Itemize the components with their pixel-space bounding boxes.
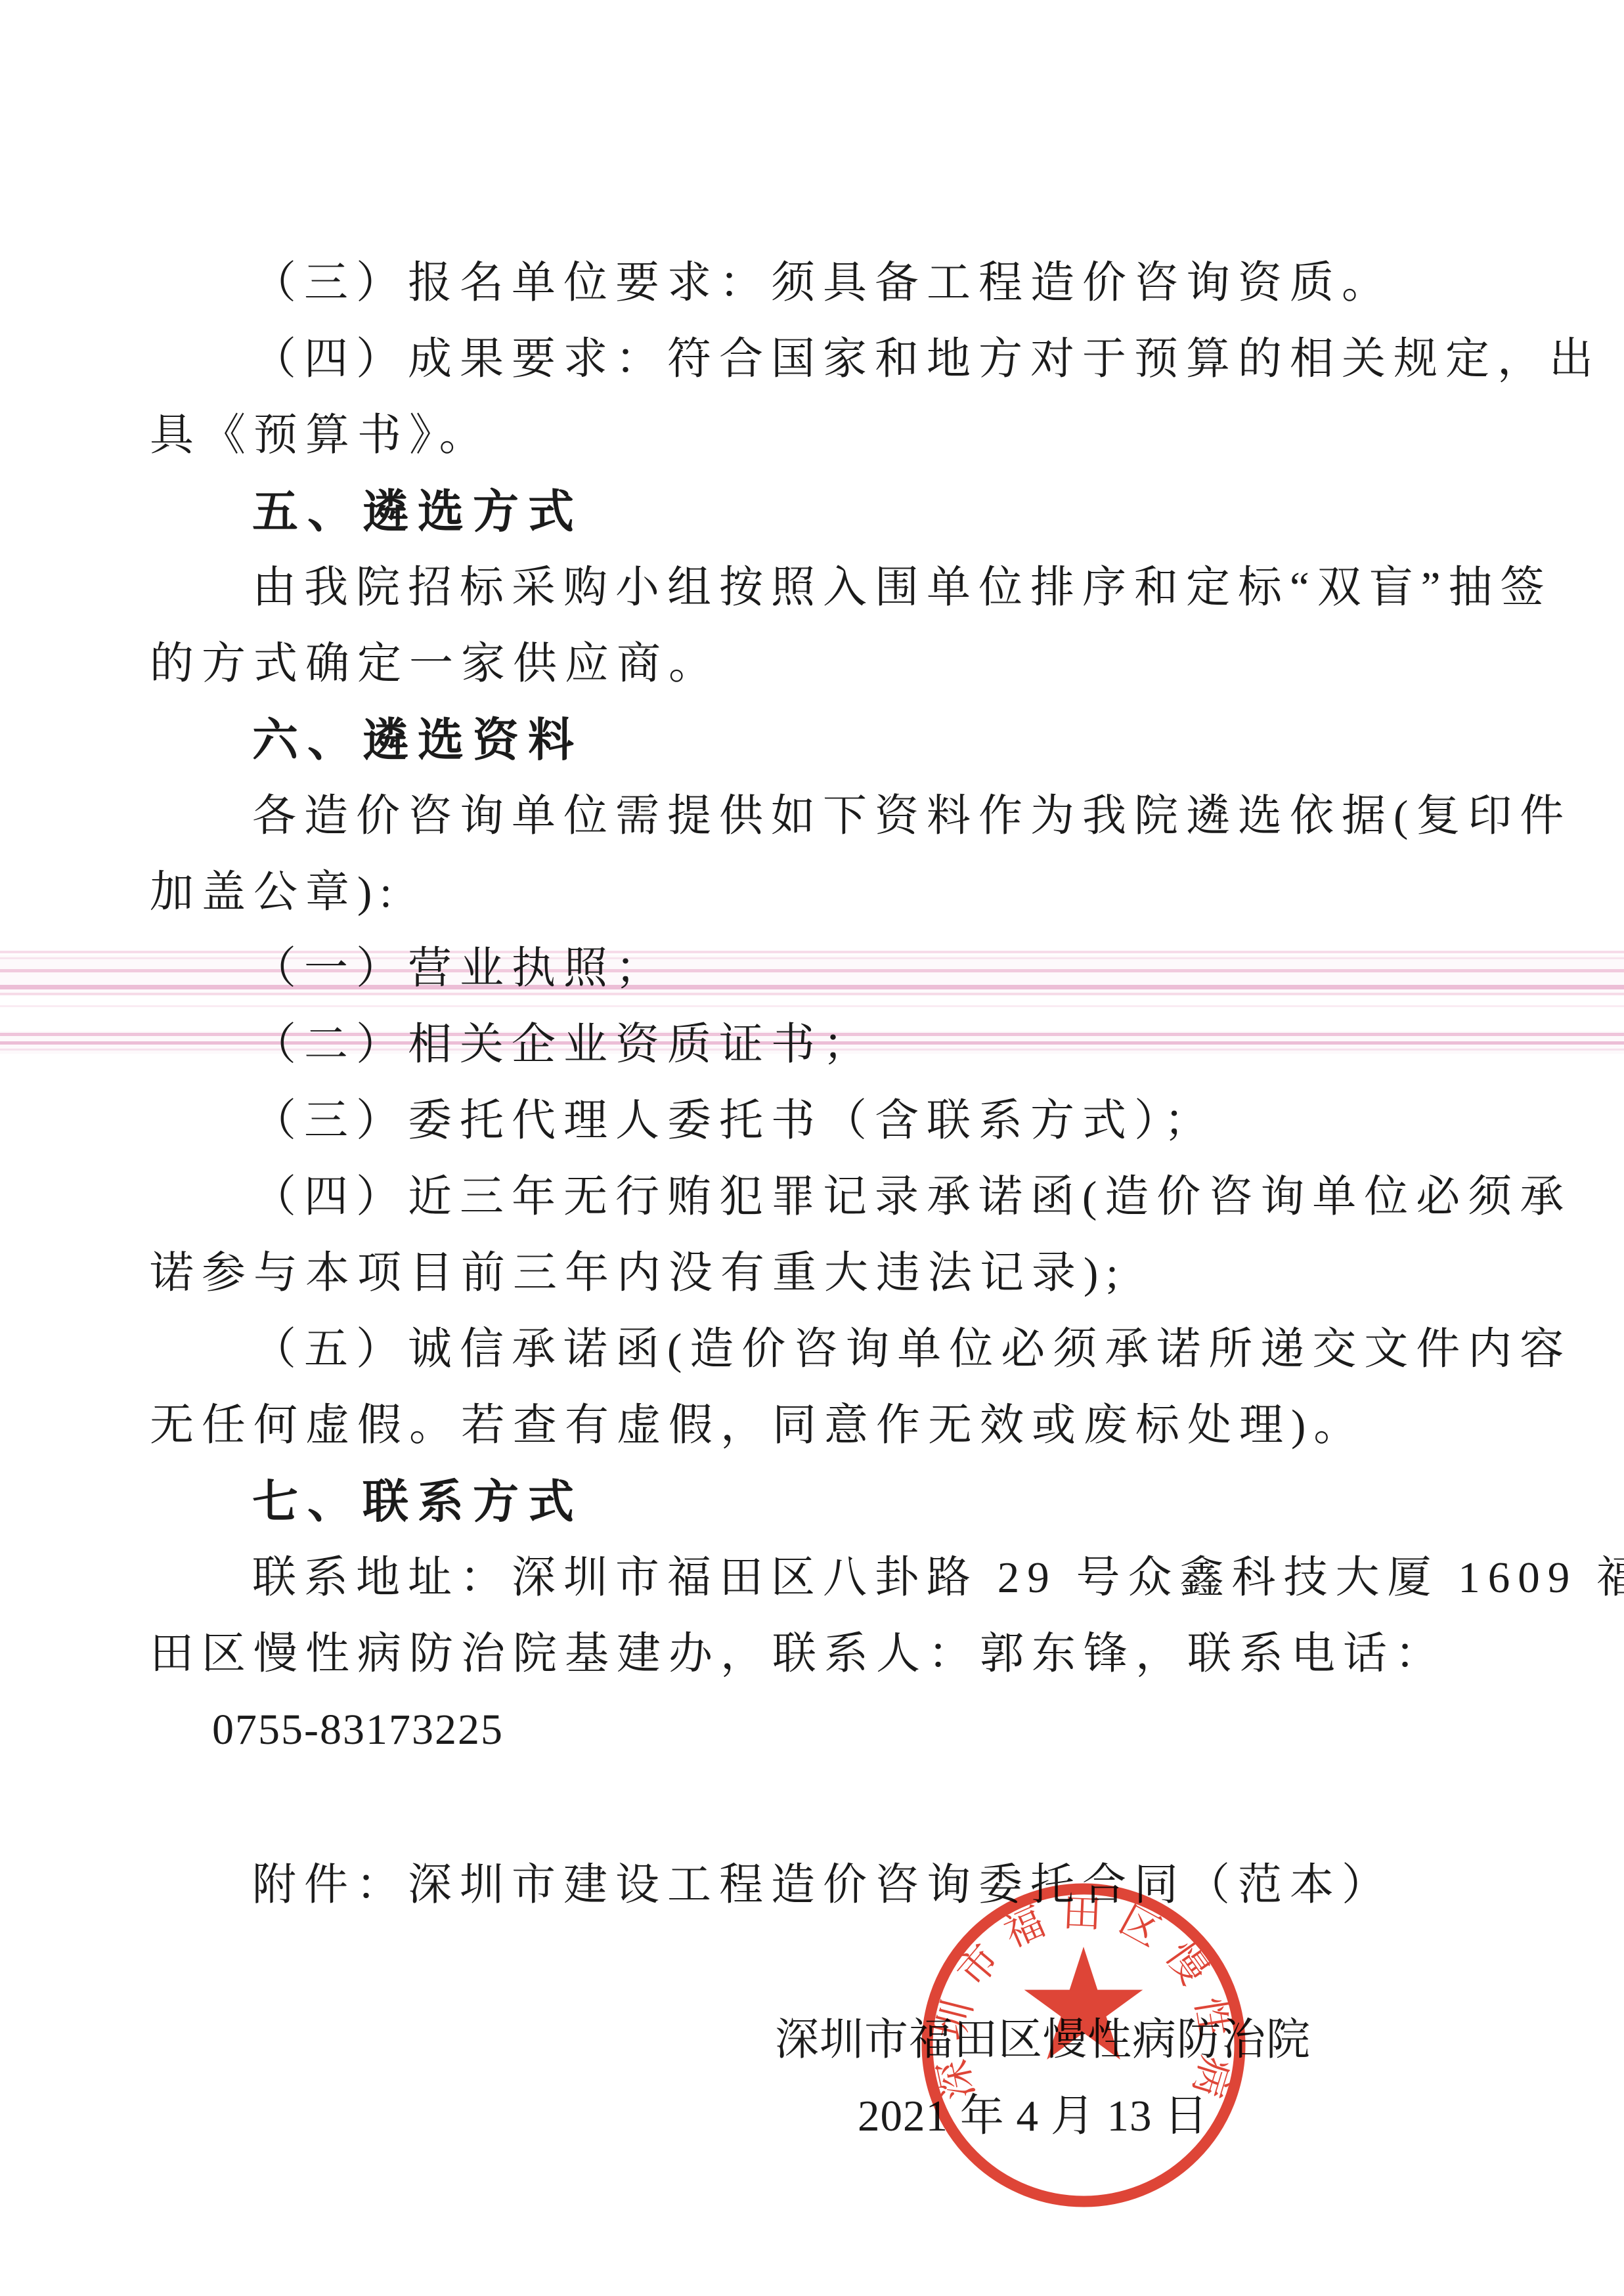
text-line-material-4-continued: 诺参与本项目前三年内没有重大违法记录); — [150, 1235, 1542, 1311]
text-line-material-2-certificates: （二）相关企业资质证书； — [150, 1007, 1542, 1083]
text-line-contact-person: 田区慢性病防治院基建办，联系人：郭东锋，联系电话： — [150, 1616, 1542, 1692]
text-line-material-4-no-bribery: （四）近三年无行贿犯罪记录承诺函(造价咨询单位必须承 — [150, 1159, 1542, 1235]
text-line-material-3-power-of-attorney: （三）委托代理人委托书（含联系方式）； — [150, 1083, 1542, 1159]
text-line-selection-method-continued: 的方式确定一家供应商。 — [150, 626, 1542, 702]
attachment-line: 附件：深圳市建设工程造价咨询委托合同（范本） — [150, 1847, 1542, 1923]
document-page: （三）报名单位要求：须具备工程造价咨询资质。 （四）成果要求：符合国家和地方对于… — [0, 0, 1624, 2296]
text-line-material-5-integrity: （五）诚信承诺函(造价咨询单位必须承诺所递交文件内容 — [150, 1311, 1542, 1387]
section-heading-6-selection-materials: 六、遴选资料 — [150, 702, 1542, 778]
section-heading-5-selection-method: 五、遴选方式 — [150, 473, 1542, 550]
seal-star-icon — [1024, 1947, 1143, 2060]
text-line-item-4-results: （四）成果要求：符合国家和地方对于预算的相关规定，出 — [150, 321, 1542, 397]
text-line-selection-method: 由我院招标采购小组按照入围单位排序和定标“双盲”抽签 — [150, 550, 1542, 626]
text-line-materials-intro: 各造价咨询单位需提供如下资料作为我院遴选依据(复印件 — [150, 778, 1542, 854]
text-line-contact-address: 联系地址：深圳市福田区八卦路 29 号众鑫科技大厦 1609 福 — [150, 1540, 1542, 1616]
text-line-material-5-continued: 无任何虚假。若查有虚假，同意作无效或废标处理)。 — [150, 1387, 1542, 1463]
text-line-materials-intro-continued: 加盖公章): — [150, 854, 1542, 930]
document-body: （三）报名单位要求：须具备工程造价咨询资质。 （四）成果要求：符合国家和地方对于… — [150, 245, 1542, 2154]
text-line-item-3-requirements: （三）报名单位要求：须具备工程造价咨询资质。 — [150, 245, 1542, 321]
section-heading-7-contact: 七、联系方式 — [150, 1463, 1542, 1540]
contact-phone-number: 0755-83173225 — [150, 1692, 1542, 1768]
official-seal: 深圳市福田区慢性病防治院 — [913, 1874, 1254, 2216]
text-line-item-4-continued: 具《预算书》。 — [150, 397, 1542, 473]
text-line-material-1-license: （一）营业执照； — [150, 930, 1542, 1007]
